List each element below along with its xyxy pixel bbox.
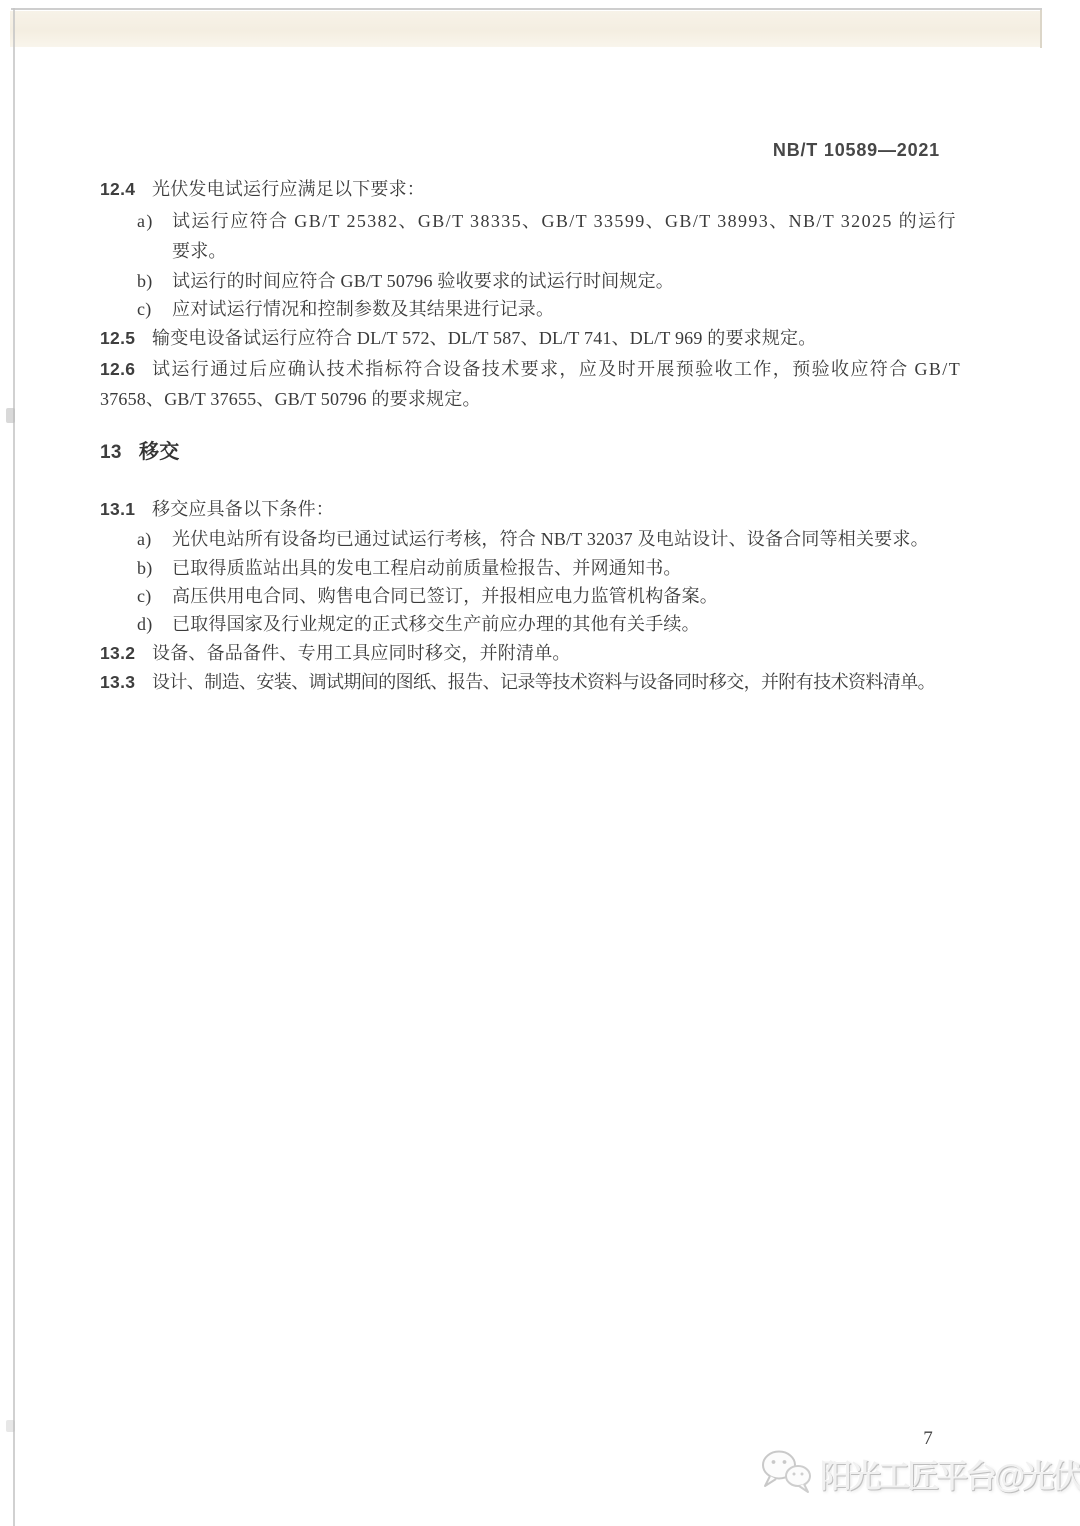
clause-12-6-continuation: 37658、GB/T 37655、GB/T 50796 的要求规定。 [100,387,948,411]
item-text: 光伏电站所有设备均已通过试运行考核，符合 NB/T 32037 及电站设计、设备… [172,529,929,549]
item-label: a) [137,209,172,233]
item-text: 高压供用电合同、购售电合同已签订，并报相应电力监管机构备案。 [172,586,718,606]
item-text: 试运行应符合 GB/T 25382、GB/T 38335、GB/T 33599、… [172,211,957,231]
list-item-c: c)应对试运行情况和控制参数及其结果进行记录。 [137,297,948,321]
clause-number: 12.4 [100,177,152,201]
scan-edge-left [13,8,15,1526]
clause-text: 试运行通过后应确认技术指标符合设备技术要求，应及时开展预验收工作，预验收应符合 … [152,359,961,379]
clause-text: 光伏发电试运行应满足以下要求： [152,179,425,199]
list-item-b: b)试运行的时间应符合 GB/T 50796 验收要求的试运行时间规定。 [137,269,948,293]
clause-number: 13.1 [100,497,152,521]
clause-12-6: 12.6试运行通过后应确认技术指标符合设备技术要求，应及时开展预验收工作，预验收… [100,357,948,381]
item-label: a) [137,527,172,551]
watermark-text: 阳光工匠平台@光伏 [820,1451,1080,1497]
scan-smudge [6,1420,15,1432]
section-number: 13 [100,441,139,465]
clause-13-2: 13.2设备、备品备件、专用工具应同时移交，并附清单。 [100,641,948,665]
list-item-a: a)光伏电站所有设备均已通过试运行考核，符合 NB/T 32037 及电站设计、… [137,527,948,551]
scan-smudge [6,408,15,423]
item-label: d) [137,612,172,636]
item-label: c) [137,297,172,321]
list-item-a-continuation: 要求。 [172,239,948,263]
clause-13-3: 13.3设计、制造、安装、调试期间的图纸、报告、记录等技术资料与设备同时移交，并… [100,670,948,694]
list-item-d: d)已取得国家及行业规定的正式移交生产前应办理的其他有关手续。 [137,612,948,636]
list-item-b: b)已取得质监站出具的发电工程启动前质量检报告、并网通知书。 [137,556,948,580]
clause-text: 输变电设备试运行应符合 DL/T 572、DL/T 587、DL/T 741、D… [152,328,816,348]
document-code-header: NB/T 10589—2021 [100,138,940,162]
clause-12-4: 12.4光伏发电试运行应满足以下要求： [100,177,948,201]
clause-text: 移交应具备以下条件： [152,499,334,519]
clause-13-1: 13.1移交应具备以下条件： [100,497,948,521]
item-text: 已取得质监站出具的发电工程启动前质量检报告、并网通知书。 [172,558,682,578]
list-item-a: a)试运行应符合 GB/T 25382、GB/T 38335、GB/T 3359… [137,209,948,233]
page-number: 7 [903,1428,953,1450]
clause-number: 12.6 [100,357,152,381]
clause-12-5: 12.5输变电设备试运行应符合 DL/T 572、DL/T 587、DL/T 7… [100,326,948,350]
section-title: 移交 [139,441,179,463]
clause-text: 设备、备品备件、专用工具应同时移交，并附清单。 [152,643,571,663]
item-label: b) [137,556,172,580]
item-text: 已取得国家及行业规定的正式移交生产前应办理的其他有关手续。 [172,614,700,634]
wechat-icon [760,1448,812,1499]
scan-top-band [10,11,1040,47]
clause-number: 13.2 [100,641,152,665]
scan-edge-top [11,8,1042,10]
item-label: b) [137,269,172,293]
clause-number: 12.5 [100,326,152,350]
clause-text: 设计、制造、安装、调试期间的图纸、报告、记录等技术资料与设备同时移交，并附有技术… [152,672,935,692]
item-text: 试运行的时间应符合 GB/T 50796 验收要求的试运行时间规定。 [172,271,674,291]
section-13-heading: 13移交 [100,440,948,465]
item-label: c) [137,584,172,608]
item-text: 应对试运行情况和控制参数及其结果进行记录。 [172,299,554,319]
list-item-c: c)高压供用电合同、购售电合同已签订，并报相应电力监管机构备案。 [137,584,948,608]
clause-number: 13.3 [100,670,152,694]
scan-band-right-edge [1040,10,1042,48]
watermark: 阳光工匠平台@光伏 [760,1448,1080,1499]
